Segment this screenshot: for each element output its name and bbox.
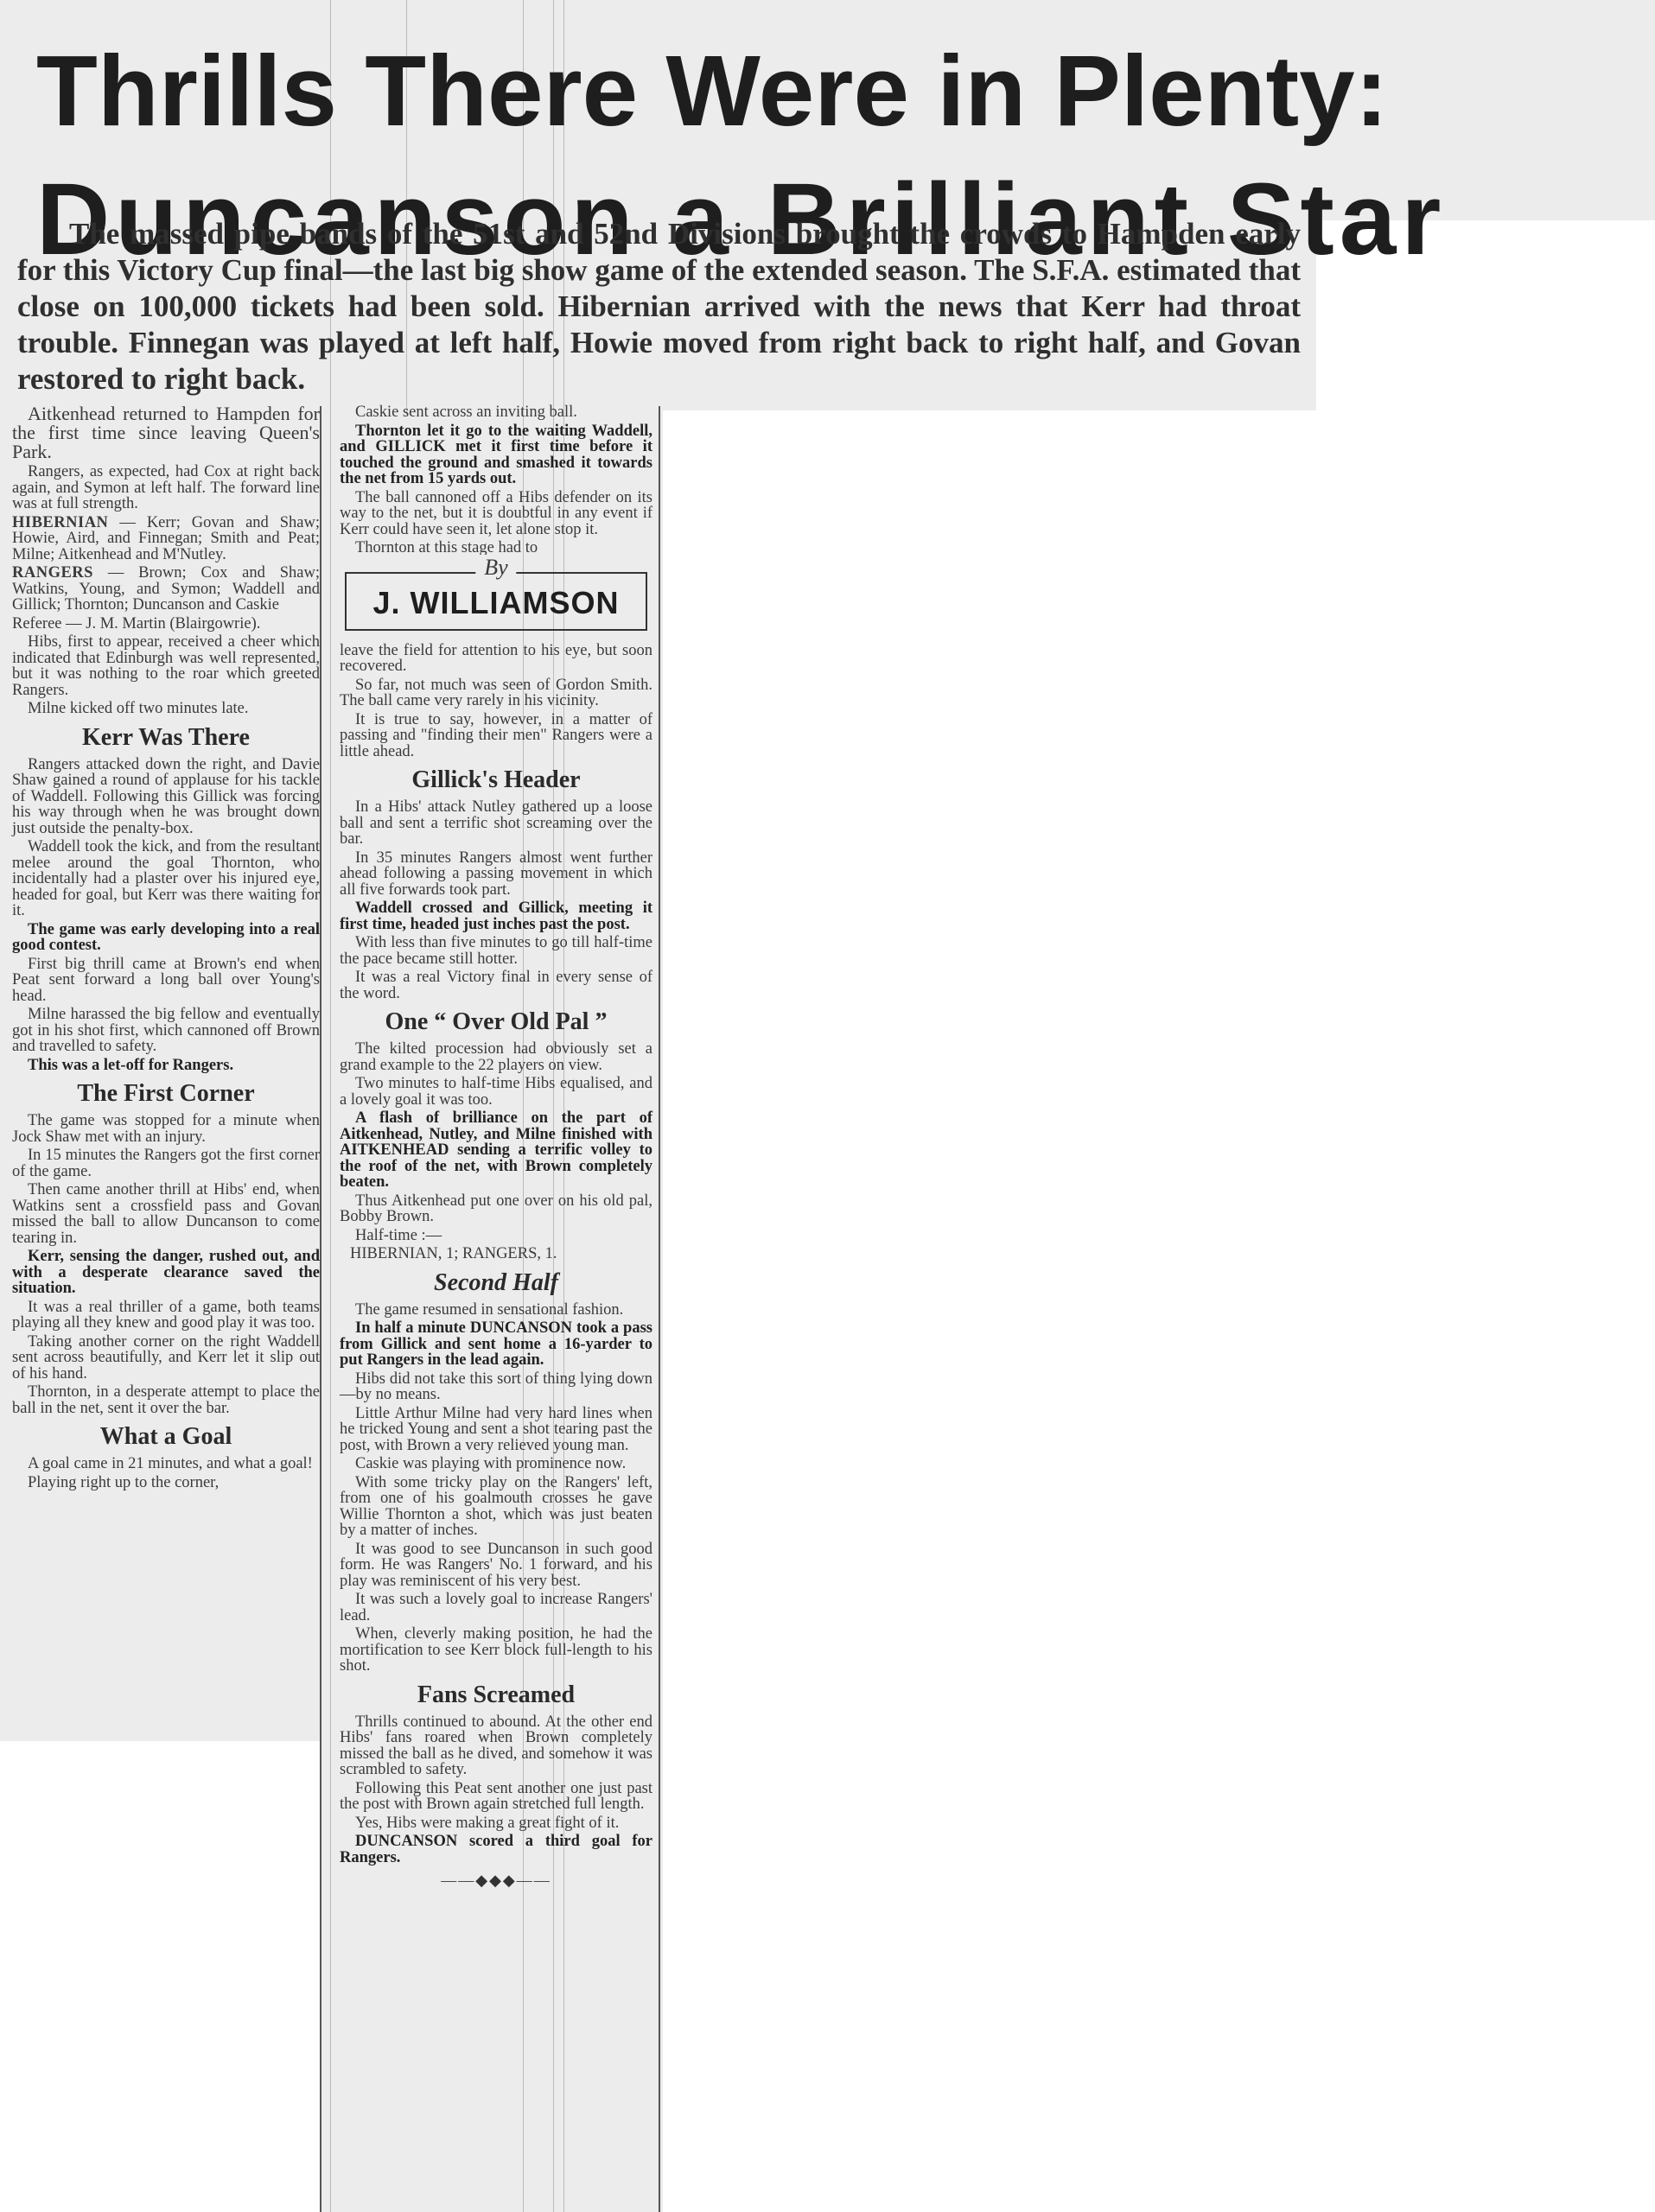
byline-by: By xyxy=(475,555,516,581)
paragraph: The game resumed in sensational fashion. xyxy=(340,1302,652,1319)
paragraph: Rangers, as expected, had Cox at right b… xyxy=(12,464,320,512)
subheading: Gillick's Header xyxy=(340,766,652,794)
paragraph: It was good to see Duncanson in such goo… xyxy=(340,1541,652,1590)
subheading: Fans Screamed xyxy=(340,1681,652,1709)
byline-author: J. WILLIAMSON xyxy=(355,586,637,620)
paragraph: Taking another corner on the right Wadde… xyxy=(12,1334,320,1382)
intro-paragraph: The massed pipe bands of the 51st and 52… xyxy=(17,216,1301,397)
paragraph: Little Arthur Milne had very hard lines … xyxy=(340,1406,652,1454)
intro-text: The massed pipe bands of the 51st and 52… xyxy=(17,216,1301,397)
middle-column: Caskie sent across an inviting ball. Tho… xyxy=(340,404,652,1889)
paragraph: In 35 minutes Rangers almost went furthe… xyxy=(340,850,652,899)
team-label: HIBERNIAN xyxy=(12,514,108,531)
paragraph: It was a real Victory final in every sen… xyxy=(340,969,652,1001)
paragraph: The kilted procession had obviously set … xyxy=(340,1041,652,1073)
left-column: Aitkenhead returned to Hampden for the f… xyxy=(12,404,320,1493)
paragraph: Hibs did not take this sort of thing lyi… xyxy=(340,1371,652,1403)
halftime-score: HIBERNIAN, 1; RANGERS, 1. xyxy=(340,1246,652,1262)
paragraph: Thus Aitkenhead put one over on his old … xyxy=(340,1193,652,1225)
paragraph: Two minutes to half-time Hibs equalised,… xyxy=(340,1076,652,1108)
team-label: RANGERS xyxy=(12,564,93,582)
paragraph: When, cleverly making position, he had t… xyxy=(340,1626,652,1675)
subheading: Kerr Was There xyxy=(12,724,320,752)
paragraph: Half-time :— xyxy=(340,1228,652,1244)
paragraph: leave the field for attention to his eye… xyxy=(340,643,652,675)
referee-line: Referee — J. M. Martin (Blairgowrie). xyxy=(12,616,320,632)
paragraph: Caskie was playing with prominence now. xyxy=(340,1456,652,1472)
column-rule xyxy=(659,406,660,2212)
subheading: One “ Over Old Pal ” xyxy=(340,1008,652,1036)
paragraph: It was such a lovely goal to increase Ra… xyxy=(340,1592,652,1624)
paragraph: The ball cannoned off a Hibs defender on… xyxy=(340,490,652,538)
paragraph: Yes, Hibs were making a great fight of i… xyxy=(340,1815,652,1832)
bold-paragraph: DUNCANSON scored a third goal for Ranger… xyxy=(340,1834,652,1866)
byline-box: By J. WILLIAMSON xyxy=(345,572,647,631)
paragraph: Thornton, in a desperate attempt to plac… xyxy=(12,1384,320,1416)
paragraph: It was a real thriller of a game, both t… xyxy=(12,1300,320,1332)
paragraph: First big thrill came at Brown's end whe… xyxy=(12,957,320,1005)
subheading: What a Goal xyxy=(12,1423,320,1451)
paragraph: Milne harassed the big fellow and eventu… xyxy=(12,1007,320,1055)
paragraph: Thrills continued to abound. At the othe… xyxy=(340,1714,652,1778)
headline-line-1: Thrills There Were in Plenty: xyxy=(36,35,1388,147)
paragraph: Hibs, first to appear, received a cheer … xyxy=(12,634,320,698)
paragraph: With less than five minutes to go till h… xyxy=(340,935,652,967)
paragraph: With some tricky play on the Rangers' le… xyxy=(340,1475,652,1539)
paragraph: Aitkenhead returned to Hampden for the f… xyxy=(12,404,320,461)
paragraph: In 15 minutes the Rangers got the first … xyxy=(12,1147,320,1179)
rangers-lineup: RANGERS — Brown; Cox and Shaw; Watkins, … xyxy=(12,565,320,613)
subheading: The First Corner xyxy=(12,1080,320,1108)
paragraph: The game was stopped for a minute when J… xyxy=(12,1113,320,1145)
bold-paragraph: In half a minute DUNCANSON took a pass f… xyxy=(340,1320,652,1369)
paragraph: Playing right up to the corner, xyxy=(12,1475,320,1491)
bold-paragraph: This was a let-off for Rangers. xyxy=(12,1058,320,1074)
paragraph: Then came another thrill at Hibs' end, w… xyxy=(12,1182,320,1246)
bold-paragraph: Thornton let it go to the waiting Waddel… xyxy=(340,423,652,487)
paragraph: Rangers attacked down the right, and Dav… xyxy=(12,757,320,837)
ornament-divider: ——◆◆◆—— xyxy=(340,1872,652,1889)
paragraph: It is true to say, however, in a matter … xyxy=(340,712,652,760)
paragraph: Following this Peat sent another one jus… xyxy=(340,1781,652,1813)
bold-paragraph: Kerr, sensing the danger, rushed out, an… xyxy=(12,1249,320,1297)
paragraph: Caskie sent across an inviting ball. xyxy=(340,404,652,421)
subheading: Second Half xyxy=(340,1269,652,1297)
paragraph: So far, not much was seen of Gordon Smit… xyxy=(340,677,652,709)
hibernian-lineup: HIBERNIAN — Kerr; Govan and Shaw; Howie,… xyxy=(12,515,320,563)
paragraph: A goal came in 21 minutes, and what a go… xyxy=(12,1456,320,1472)
bold-paragraph: Waddell crossed and Gillick, meeting it … xyxy=(340,900,652,932)
paragraph: Waddell took the kick, and from the resu… xyxy=(12,839,320,919)
paragraph: In a Hibs' attack Nutley gathered up a l… xyxy=(340,799,652,848)
paragraph: Milne kicked off two minutes late. xyxy=(12,701,320,717)
bold-paragraph: A flash of brilliance on the part of Ait… xyxy=(340,1110,652,1191)
bold-paragraph: The game was early developing into a rea… xyxy=(12,922,320,954)
column-rule xyxy=(320,406,321,2212)
